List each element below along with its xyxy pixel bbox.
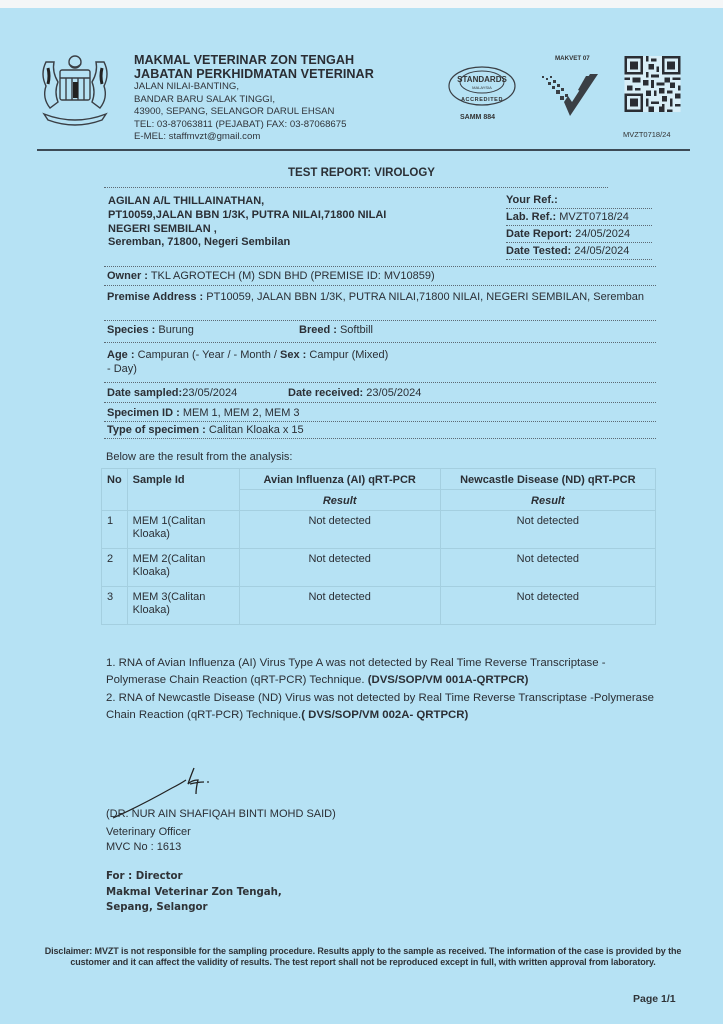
table-row: 1 MEM 1(CalitanKloaka) Not detected Not … xyxy=(102,511,656,549)
header-no: No xyxy=(102,469,128,511)
svg-text:MALAYSIA: MALAYSIA xyxy=(472,85,492,90)
row-nd-result: Not detected xyxy=(440,587,655,625)
date-report: Date Report: 24/05/2024 xyxy=(506,226,652,243)
signatory: (DR. NUR AIN SHAFIQAH BINTI MOHD SAID) V… xyxy=(106,808,336,854)
header-sample-id: Sample Id xyxy=(127,469,239,511)
header-ai: Avian Influenza (AI) qRT-PCR xyxy=(239,469,440,490)
customer-name: AGILAN A/L THILLAINATHAN, xyxy=(108,195,386,209)
row-sample-id: MEM 2(CalitanKloaka) xyxy=(127,549,239,587)
customer-address: AGILAN A/L THILLAINATHAN, PT10059,JALAN … xyxy=(108,195,386,250)
malaysia-coat-of-arms-icon xyxy=(36,52,114,128)
note-nd: 2. RNA of Newcastle Disease (ND) Virus w… xyxy=(106,690,656,725)
accreditation-code: SAMM 884 xyxy=(460,114,495,121)
row-nd-result: Not detected xyxy=(440,511,655,549)
page-number: Page 1/1 xyxy=(633,993,676,1005)
lab-name: MAKMAL VETERINAR ZON TENGAH xyxy=(134,53,374,67)
table-row: 3 MEM 3(CalitanKloaka) Not detected Not … xyxy=(102,587,656,625)
note-ai: 1. RNA of Avian Influenza (AI) Virus Typ… xyxy=(106,655,656,690)
address-line: BANDAR BARU SALAK TINGGI, xyxy=(134,94,374,107)
qr-code-icon xyxy=(622,56,683,112)
row-sample-id: MEM 3(CalitanKloaka) xyxy=(127,587,239,625)
svg-text:ACCREDITED: ACCREDITED xyxy=(461,97,503,103)
row-ai-result: Not detected xyxy=(239,587,440,625)
header-divider xyxy=(37,149,690,151)
makvet-label: MAKVET 07 xyxy=(555,55,590,62)
species-breed-field: Species : BurungBreed : Softbill xyxy=(104,321,656,343)
row-ai-result: Not detected xyxy=(239,511,440,549)
specimen-type-field: Type of specimen : Calitan Kloaka x 15 xyxy=(104,422,656,439)
email-line: E-MEL: staffmvzt@gmail.com xyxy=(134,131,374,144)
dates-field: Date sampled:23/05/2024Date received: 23… xyxy=(104,384,656,403)
row-no: 3 xyxy=(102,587,128,625)
address-line: 43900, SEPANG, SELANGOR DARUL EHSAN xyxy=(134,106,374,119)
result-notes: 1. RNA of Avian Influenza (AI) Virus Typ… xyxy=(106,655,656,724)
report-title: TEST REPORT: VIROLOGY xyxy=(0,167,723,179)
lab-ref: Lab. Ref.: MVZT0718/24 xyxy=(506,209,652,226)
customer-address-line: Seremban, 71800, Negeri Sembilan xyxy=(108,236,386,250)
premise-address-field: Premise Address : PT10059, JALAN BBN 1/3… xyxy=(104,287,656,321)
svg-text:STANDARDS: STANDARDS xyxy=(457,75,507,84)
row-no: 1 xyxy=(102,511,128,549)
header-nd-result: Result xyxy=(440,490,655,511)
row-ai-result: Not detected xyxy=(239,549,440,587)
lab-header: MAKMAL VETERINAR ZON TENGAH JABATAN PERK… xyxy=(134,53,374,144)
signatory-position: Veterinary Officer xyxy=(106,825,336,840)
row-sample-id: MEM 1(CalitanKloaka) xyxy=(127,511,239,549)
standards-malaysia-accredited-badge-icon: STANDARDS MALAYSIA ACCREDITED xyxy=(447,65,517,107)
header-ai-result: Result xyxy=(239,490,440,511)
customer-address-line: PT10059,JALAN BBN 1/3K, PUTRA NILAI,7180… xyxy=(108,209,386,223)
customer-address-line: NEGERI SEMBILAN , xyxy=(108,223,386,237)
qr-reference: MVZT0718/24 xyxy=(623,130,671,139)
your-ref: Your Ref.: xyxy=(506,192,652,209)
department-name: JABATAN PERKHIDMATAN VETERINAR xyxy=(134,67,374,81)
age-sex-field: Age : Campuran (- Year / - Month / Sex :… xyxy=(104,344,656,383)
disclaimer: Disclaimer: MVZT is not responsible for … xyxy=(36,946,690,968)
results-table: No Sample Id Avian Influenza (AI) qRT-PC… xyxy=(101,468,656,625)
table-row: 2 MEM 2(CalitanKloaka) Not detected Not … xyxy=(102,549,656,587)
makvet-v-logo-icon xyxy=(540,68,602,118)
row-no: 2 xyxy=(102,549,128,587)
phone-fax-line: TEL: 03-87063811 (PEJABAT) FAX: 03-87068… xyxy=(134,119,374,132)
for-director-block: For : Director Makmal Veterinar Zon Teng… xyxy=(106,869,282,916)
signatory-name: (DR. NUR AIN SHAFIQAH BINTI MOHD SAID) xyxy=(106,808,336,820)
reference-block: Your Ref.: Lab. Ref.: MVZT0718/24 Date R… xyxy=(506,192,652,260)
header-nd: Newcastle Disease (ND) qRT-PCR xyxy=(440,469,655,490)
date-tested: Date Tested: 24/05/2024 xyxy=(506,243,652,260)
divider xyxy=(104,187,608,188)
scan-top-edge xyxy=(0,0,723,8)
address-line: JALAN NILAI-BANTING, xyxy=(134,81,374,94)
signatory-mvc: MVC No : 1613 xyxy=(106,840,336,855)
owner-field: Owner : TKL AGROTECH (M) SDN BHD (PREMIS… xyxy=(104,266,656,286)
results-intro: Below are the result from the analysis: xyxy=(106,451,292,463)
row-nd-result: Not detected xyxy=(440,549,655,587)
specimen-id-field: Specimen ID : MEM 1, MEM 2, MEM 3 xyxy=(104,404,656,422)
